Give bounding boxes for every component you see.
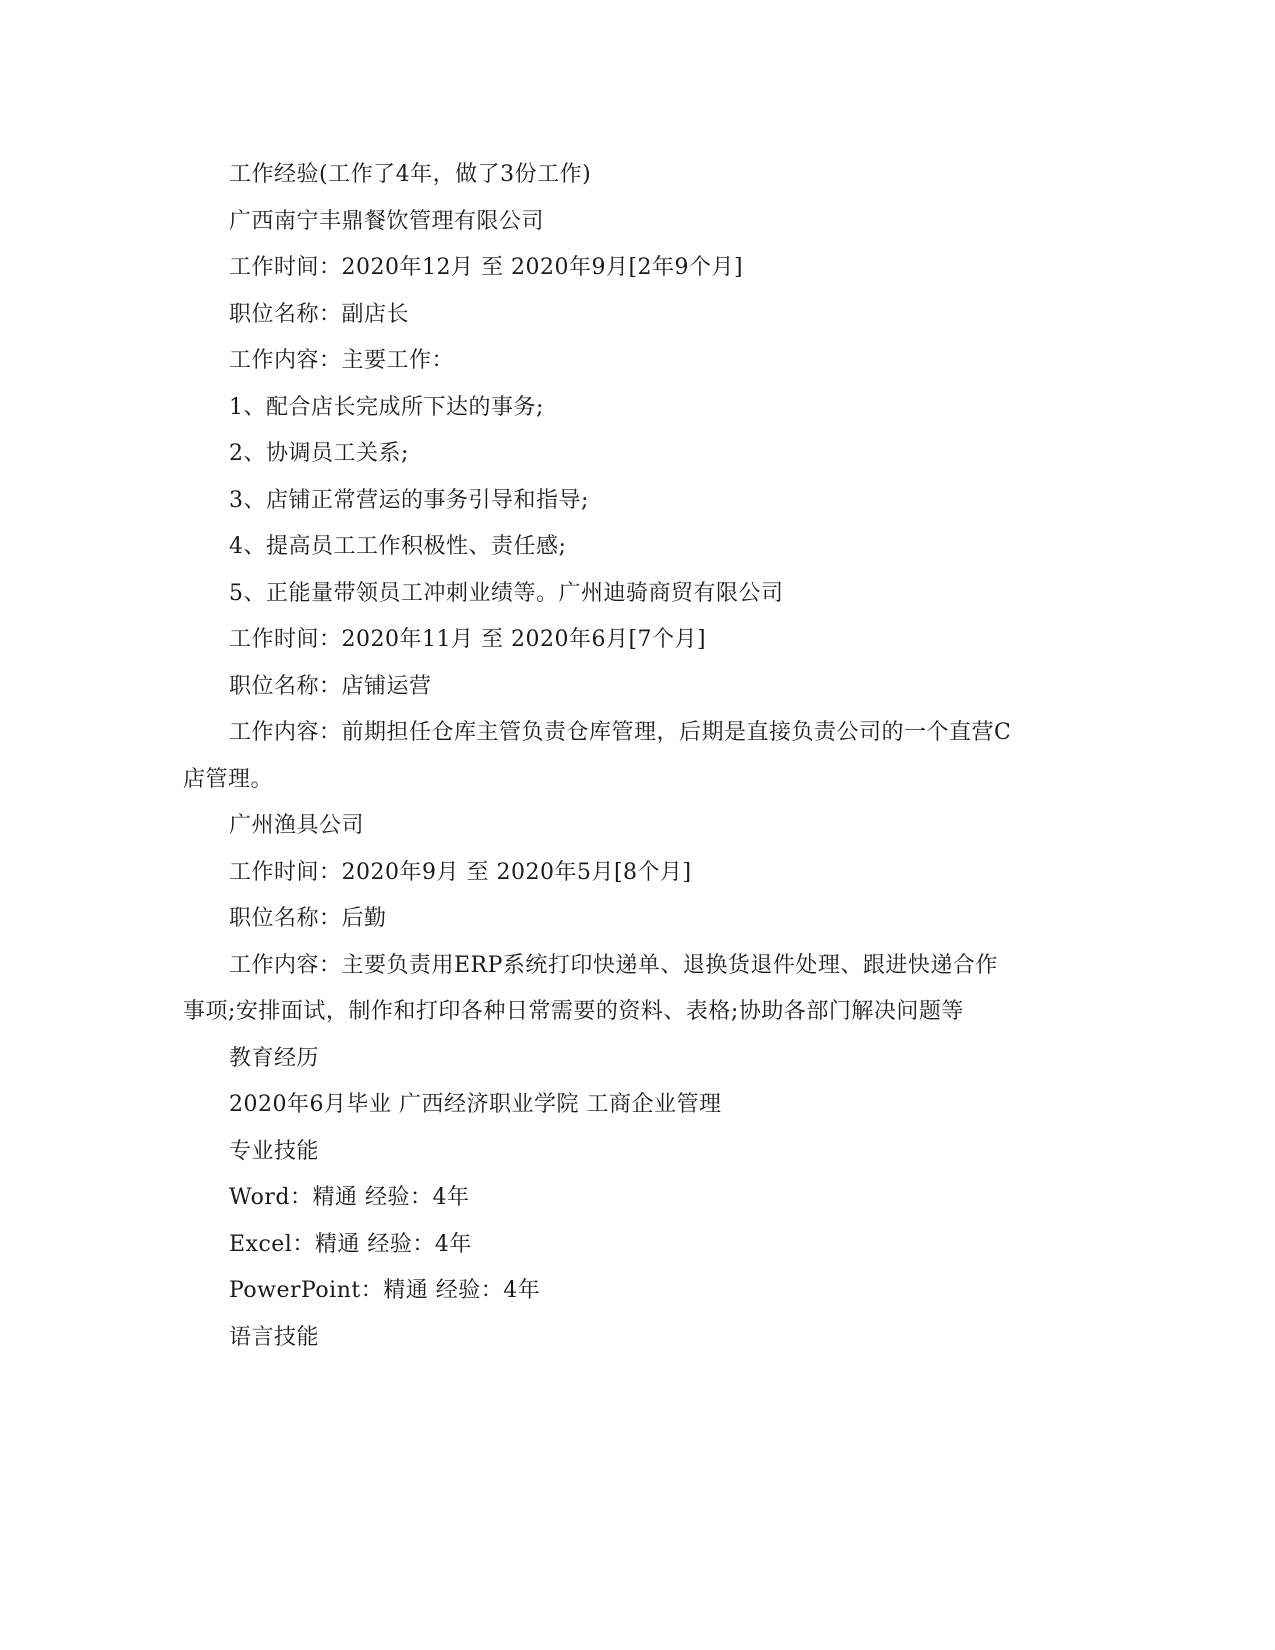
- company-name: 广西南宁丰鼎餐饮管理有限公司: [183, 199, 1018, 246]
- section-heading-education: 教育经历: [183, 1036, 1018, 1083]
- section-heading-skills: 专业技能: [183, 1129, 1018, 1176]
- work-period: 工作时间：2020年9月 至 2020年5月[8个月]: [183, 850, 1018, 897]
- duty-item: 1、配合店长完成所下达的事务;: [183, 385, 1018, 432]
- skill-item: PowerPoint：精通 经验：4年: [183, 1268, 1018, 1315]
- duty-item: 3、店铺正常营运的事务引导和指导;: [183, 478, 1018, 525]
- work-period: 工作时间：2020年12月 至 2020年9月[2年9个月]: [183, 245, 1018, 292]
- document-page: 工作经验(工作了4年，做了3份工作) 广西南宁丰鼎餐饮管理有限公司 工作时间：2…: [183, 152, 1018, 1361]
- job-description: 工作内容：主要工作：: [183, 338, 1018, 385]
- job-title: 职位名称：店铺运营: [183, 664, 1018, 711]
- section-heading-language-skills: 语言技能: [183, 1315, 1018, 1362]
- job-title: 职位名称：后勤: [183, 896, 1018, 943]
- job-description: 工作内容：主要负责用ERP系统打印快递单、退换货退件处理、跟进快递合作事项;安排…: [183, 943, 1018, 1036]
- skill-item: Word：精通 经验：4年: [183, 1175, 1018, 1222]
- company-name: 广州渔具公司: [183, 803, 1018, 850]
- work-period: 工作时间：2020年11月 至 2020年6月[7个月]: [183, 617, 1018, 664]
- job-title: 职位名称：副店长: [183, 292, 1018, 339]
- education-entry: 2020年6月毕业 广西经济职业学院 工商企业管理: [183, 1082, 1018, 1129]
- duty-item: 4、提高员工工作积极性、责任感;: [183, 524, 1018, 571]
- duty-item: 5、正能量带领员工冲刺业绩等。广州迪骑商贸有限公司: [183, 571, 1018, 618]
- section-heading-work-experience: 工作经验(工作了4年，做了3份工作): [183, 152, 1018, 199]
- duty-item: 2、协调员工关系;: [183, 431, 1018, 478]
- skill-item: Excel：精通 经验：4年: [183, 1222, 1018, 1269]
- job-description: 工作内容：前期担任仓库主管负责仓库管理，后期是直接负责公司的一个直营C店管理。: [183, 710, 1018, 803]
